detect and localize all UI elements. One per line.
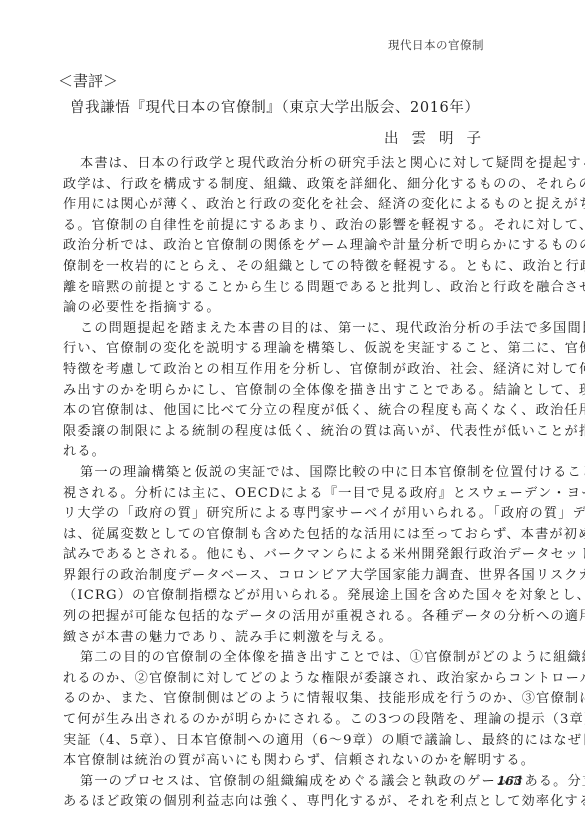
text-line: 第二の目的の官僚制の全体像を描き出すことでは、①官僚制がどのように組織編成さ: [63, 648, 527, 669]
text-line: 政学は、行政を構成する制度、組織、政策を詳細化、細分化するものの、それらの相互: [63, 175, 527, 196]
text-line: 僚制を一枚岩的にとらえ、その組織としての特徴を軽視する。ともに、政治と行政の分: [63, 257, 527, 278]
text-line: は、従属変数としての官僚制も含めた包括的な活用には至っておらず、本書が初めての: [63, 525, 527, 546]
text-line: 第一の理論構築と仮説の実証では、国際比較の中に日本官僚制を位置付けることが重: [63, 463, 527, 484]
text-line: み出すのかを明らかにし、官僚制の全体像を描き出すことである。結論として、現代日: [63, 381, 527, 402]
text-line: リ大学の「政府の質」研究所による専門家サーベイが用いられる。「政府の質」データ: [63, 504, 527, 525]
text-line: 論の必要性を指摘する。: [63, 298, 527, 319]
paragraph-2: この問題提起を踏まえた本書の目的は、第一に、現代政治分析の手法で多国間比較を 行…: [63, 319, 527, 463]
text-line: 本書は、日本の行政学と現代政治分析の研究手法と関心に対して疑問を提起する。行: [63, 154, 527, 175]
text-line: 第一のプロセスは、官僚制の組織編成をめぐる議会と執政のゲームである。分立的で: [63, 772, 527, 793]
author-name: 出雲明子: [384, 127, 494, 148]
review-body: 本書は、日本の行政学と現代政治分析の研究手法と関心に対して疑問を提起する。行 政…: [63, 154, 527, 813]
text-line: れる。: [63, 442, 527, 463]
text-line: る。官僚制の自律性を前提にするあまり、政治の影響を軽視する。それに対して、現代: [63, 216, 527, 237]
paragraph-3: 第一の理論構築と仮説の実証では、国際比較の中に日本官僚制を位置付けることが重 視…: [63, 463, 527, 648]
text-line: この問題提起を踏まえた本書の目的は、第一に、現代政治分析の手法で多国間比較を: [63, 319, 527, 340]
text-line: 本官僚制は統治の質が高いにも関わらず、信頼されないのかを解明する。: [63, 751, 527, 772]
paragraph-5: 第一のプロセスは、官僚制の組織編成をめぐる議会と執政のゲームである。分立的で あ…: [63, 772, 527, 813]
page-number: 163: [497, 774, 522, 788]
running-header: 現代日本の官僚制: [388, 37, 484, 53]
text-line: 特徴を考慮して政治との相互作用を分析し、官僚制が政治、社会、経済に対して何を生: [63, 360, 527, 381]
book-title: 曽我謙悟『現代日本の官僚制』（東京大学出版会、2016年）: [70, 96, 480, 117]
text-line: て何が生み出されるのかが明らかにされる。この3つの段階を、理論の提示（3章）、: [63, 710, 527, 731]
text-line: れるのか、②官僚制に対してどのような権限が委譲され、政治家からコントロールされ: [63, 669, 527, 690]
text-line: 界銀行の政治制度データベース、コロンビア大学国家能力調査、世界各国リスクガイド: [63, 566, 527, 587]
text-line: 試みであるとされる。他にも、バークマンらによる米州開発銀行政治データセット、世: [63, 545, 527, 566]
section-label: ＜書評＞: [58, 70, 118, 91]
text-line: 緻さが本書の魅力であり、読み手に刺激を与える。: [63, 628, 527, 649]
text-line: 本の官僚制は、他国に比べて分立の程度が低く、統合の程度も高くなく、政治任用や権: [63, 401, 527, 422]
text-line: るのか、また、官僚制側はどのように情報収集、技能形成を行うのか、③官僚制によっ: [63, 689, 527, 710]
text-line: 政治分析では、政治と官僚制の関係をゲーム理論や計量分析で明らかにするものの、官: [63, 236, 527, 257]
text-line: あるほど政策の個別利益志向は強く、専門化するが、それを利点として効率化するには: [63, 792, 527, 813]
text-line: 限委譲の制限による統制の程度は低く、統治の質は高いが、代表性が低いことが指摘さ: [63, 422, 527, 443]
text-line: 行い、官僚制の変化を説明する理論を構築し、仮説を実証すること、第二に、官僚制の: [63, 339, 527, 360]
text-line: 作用には関心が薄く、政治と行政の変化を社会、経済の変化によるものと捉えがちであ: [63, 195, 527, 216]
paragraph-4: 第二の目的の官僚制の全体像を描き出すことでは、①官僚制がどのように組織編成さ れ…: [63, 648, 527, 772]
text-line: 実証（4、5章）、日本官僚制への適用（6～9章）の順で議論し、最終的にはなぜ日: [63, 731, 527, 752]
text-line: 視される。分析には主に、OECDによる『一目で見る政府』とスウェーデン・ヨーテボ: [63, 484, 527, 505]
text-line: 列の把握が可能な包括的なデータの活用が重視される。各種データの分析への適用の精: [63, 607, 527, 628]
paragraph-1: 本書は、日本の行政学と現代政治分析の研究手法と関心に対して疑問を提起する。行 政…: [63, 154, 527, 319]
text-line: （ICRG）の官僚制指標などが用いられる。発展途上国を含めた国々を対象とし、時系: [63, 586, 527, 607]
text-line: 離を暗黙の前提とすることから生じる問題であると批判し、政治と行政を融合させる議: [63, 278, 527, 299]
